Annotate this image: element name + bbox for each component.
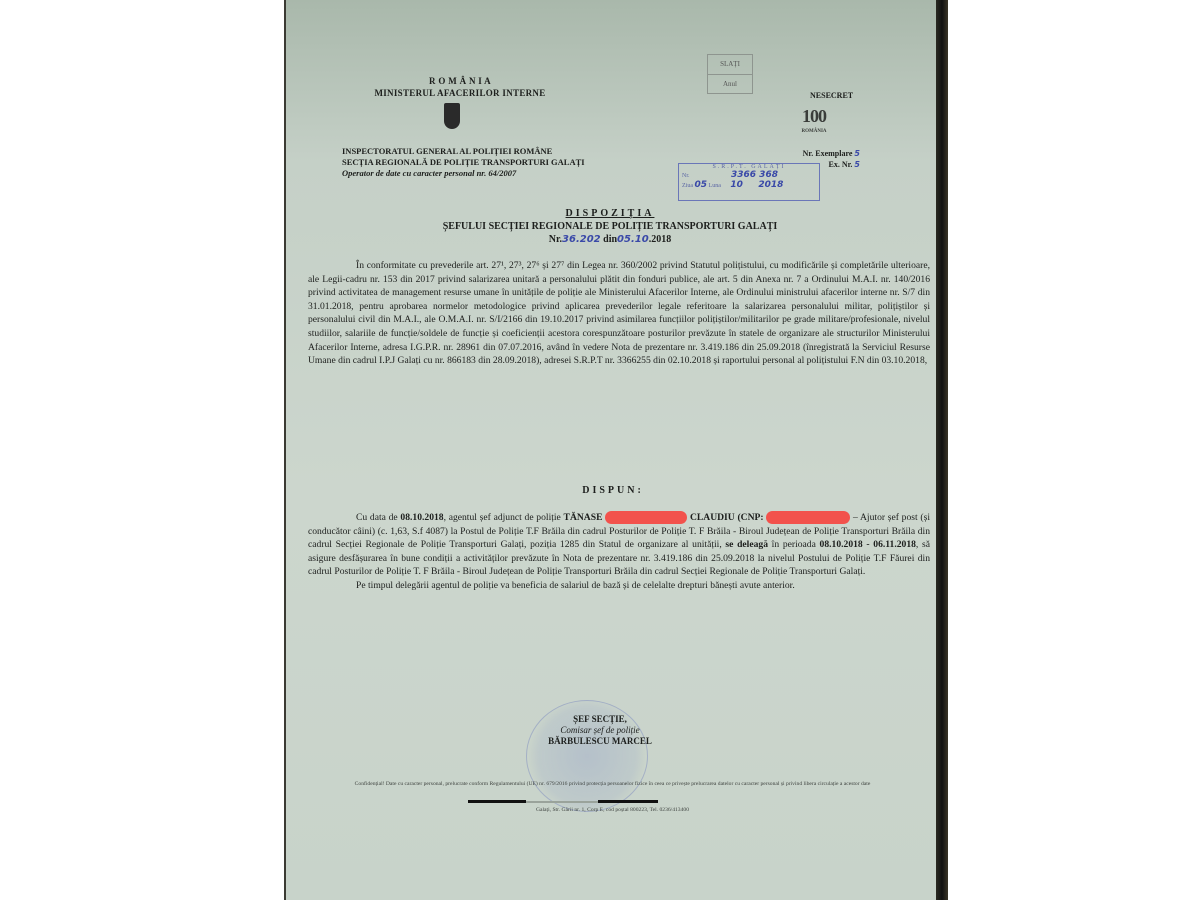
title-subtitle: ȘEFULUI SECȚIEI REGIONALE DE POLIȚIE TRA… [350,220,870,233]
signature-name: BĂRBULESCU MARCEL [490,736,710,747]
cnp-label: (CNP: [737,512,763,523]
ex-label: Ex. Nr. [828,160,852,169]
copies-value: 5 [854,149,860,158]
order-text-d: în perioada [768,539,820,550]
header-ministry: MINISTERUL AFACERILOR INTERNE [330,88,590,98]
centenary-number: 100 [802,106,826,126]
signature-block: ȘEF SECȚIE, Comisar șef de poliție BĂRBU… [490,714,710,747]
document-title: DISPOZIȚIA ȘEFULUI SECȚIEI REGIONALE DE … [350,207,870,246]
stamp-month-label: Luna [709,183,721,189]
copies-label: Nr. Exemplare [803,149,853,158]
stamp-year: 2018 [758,180,783,190]
operator-number: Operator de date cu caracter personal nr… [342,168,672,179]
title-date-value: 05.10 [617,234,649,245]
registry-box: SLAȚI Anul [707,54,753,94]
order-date: 08.10.2018 [400,512,443,523]
order-period: 08.10.2018 - 06.11.2018 [820,539,916,550]
stamp-date-label: Ziua [682,183,693,189]
order-section: Cu data de 08.10.2018, agentul șef adjun… [308,511,930,593]
centenary-logo: 100 ROMÂNIA [794,108,834,140]
coat-of-arms-icon [444,103,460,129]
order-paragraph: Cu data de 08.10.2018, agentul șef adjun… [308,511,930,579]
registry-box-city: SLAȚI [708,55,752,75]
footer-address: Galați, Str. Gării nr. 1, Corp E, cod po… [390,806,835,814]
officer-surname: TĂNASE [564,512,603,523]
signature-rank: Comisar șef de poliție [560,725,639,735]
header-country: R O M Â N I A [360,76,560,86]
title-heading: DISPOZIȚIA [350,207,870,220]
title-date-prefix: din [603,234,617,245]
confidential-notice: Confidențial! Date cu caracter personal,… [330,780,895,788]
photo-edge-shadow [936,0,948,900]
redaction-mark-cnp [766,511,850,524]
preamble: În conformitate cu prevederile art. 27¹,… [308,259,930,368]
order-text-b: , agentul șef adjunct de poliție [444,512,564,523]
title-nr-prefix: Nr. [549,234,562,245]
centenary-caption: ROMÂNIA [794,124,834,140]
stamp-nr-label: Nr. [682,173,690,179]
officer-given-name: CLAUDIU [690,512,735,523]
header-institution: INSPECTORATUL GENERAL AL POLIȚIEI ROMÂNE… [342,146,672,179]
title-number-line: Nr.36.202 din05.10.2018 [350,233,870,246]
ex-value: 5 [854,160,860,169]
signature-role: ȘEF SECȚIE, [490,714,710,725]
inspectorate-name: INSPECTORATUL GENERAL AL POLIȚIEI ROMÂNE [342,146,672,157]
section-name: SECȚIA REGIONALĂ DE POLIȚIE TRANSPORTURI… [342,157,672,168]
stamp-month: 10 [730,180,743,190]
registry-box-year: Anul [708,75,752,94]
document-page: R O M Â N I A MINISTERUL AFACERILOR INTE… [290,0,936,900]
classification-label: NESECRET [810,91,853,100]
stamp-nr-value: 3366 368 [731,170,778,180]
footer-divider [468,800,658,803]
order-delegate: se deleagă [725,539,768,550]
order-text-a: Cu data de [356,512,400,523]
registration-stamp: S.R.P.T. GALAȚI Nr. 3366 368 Ziua 05 Lun… [678,163,820,201]
title-year: .2018 [649,234,672,245]
dispun-heading: DISPUN: [290,485,936,496]
stamp-day: 05 [695,180,708,190]
title-nr-value: 36.202 [562,234,601,245]
preamble-text: În conformitate cu prevederile art. 27¹,… [308,259,930,368]
redaction-mark [605,511,687,524]
order-paragraph-2: Pe timpul delegării agentul de poliție v… [308,579,930,593]
